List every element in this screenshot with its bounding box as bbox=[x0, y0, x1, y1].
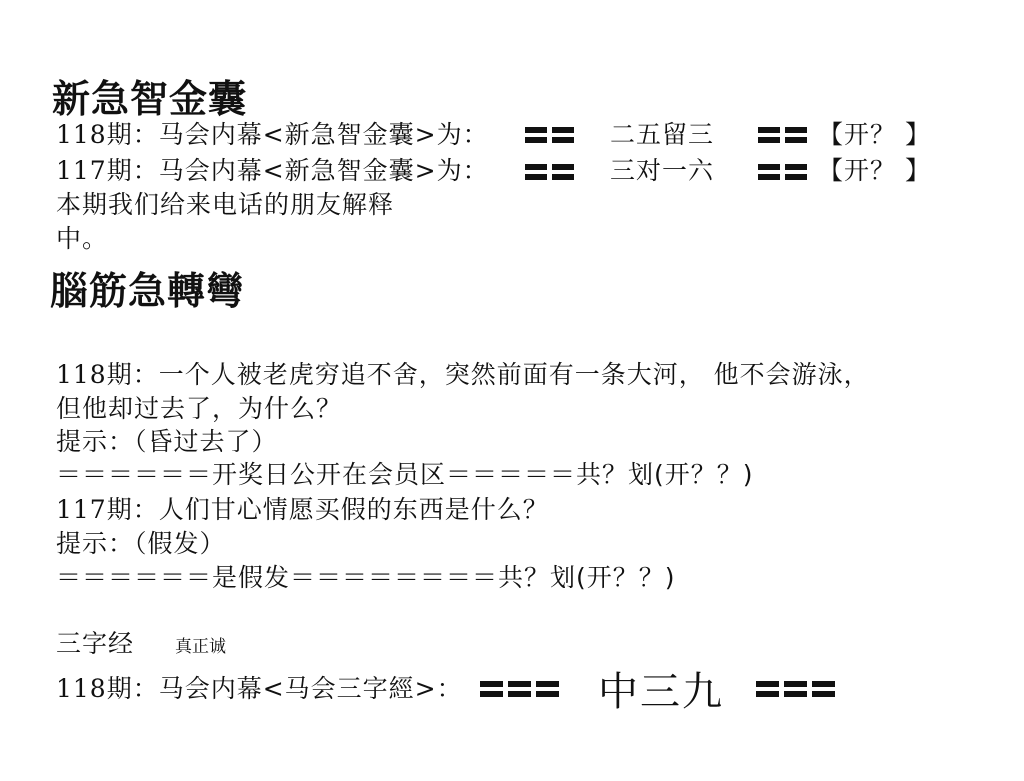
bars-right-118-icon bbox=[758, 124, 807, 143]
q117-result: ＝＝＝＝＝＝是假发＝＝＝＝＝＝＝＝共？划(开？？) bbox=[56, 561, 676, 595]
row-118-answer: 二五留三 bbox=[610, 118, 714, 152]
sanzijing-answer: 中三九 bbox=[598, 660, 724, 717]
row-118-status: 【开？ 】 bbox=[818, 118, 931, 152]
bars-left-118-icon bbox=[525, 124, 574, 143]
row-117-label: 117期：马会内幕<新急智金囊>为： bbox=[56, 154, 489, 188]
row-117-answer: 三对一六 bbox=[610, 154, 714, 188]
bars-right-117-icon bbox=[758, 161, 807, 180]
section-subtitle: 真正诚 bbox=[175, 632, 226, 657]
q118-line-2: 但他却过去了，为什么？ bbox=[56, 392, 342, 426]
q118-line-1: 118期：一个人被老虎穷追不舍，突然前面有一条大河， 他不会游泳， bbox=[56, 358, 870, 392]
q117-line-1: 117期：人们甘心情愿买假的东西是什么？ bbox=[56, 493, 549, 527]
bars-left-sanzijing-icon bbox=[480, 678, 559, 697]
row-117-status: 【开？ 】 bbox=[818, 154, 931, 188]
row-118-label: 118期：马会内幕<新急智金囊>为： bbox=[56, 118, 489, 152]
bars-right-sanzijing-icon bbox=[756, 678, 835, 697]
bars-left-117-icon bbox=[525, 161, 574, 180]
section-title-brain-teaser: 腦筋急轉彎 bbox=[50, 260, 245, 315]
note-line-2: 中。 bbox=[56, 222, 108, 256]
q118-result: ＝＝＝＝＝＝开奖日公开在会员区＝＝＝＝＝共？划(开？？) bbox=[56, 458, 754, 492]
q118-hint: 提示：（昏过去了） bbox=[56, 425, 278, 459]
q117-hint: 提示：（假发） bbox=[56, 527, 226, 561]
section-title-xinjizhi: 新急智金囊 bbox=[52, 68, 247, 123]
note-line-1: 本期我们给来电话的朋友解释 bbox=[56, 188, 394, 222]
section-title-sanzijing: 三字经 bbox=[56, 627, 134, 661]
sanzijing-118-label: 118期：马会内幕<马会三字經>： bbox=[56, 672, 463, 706]
